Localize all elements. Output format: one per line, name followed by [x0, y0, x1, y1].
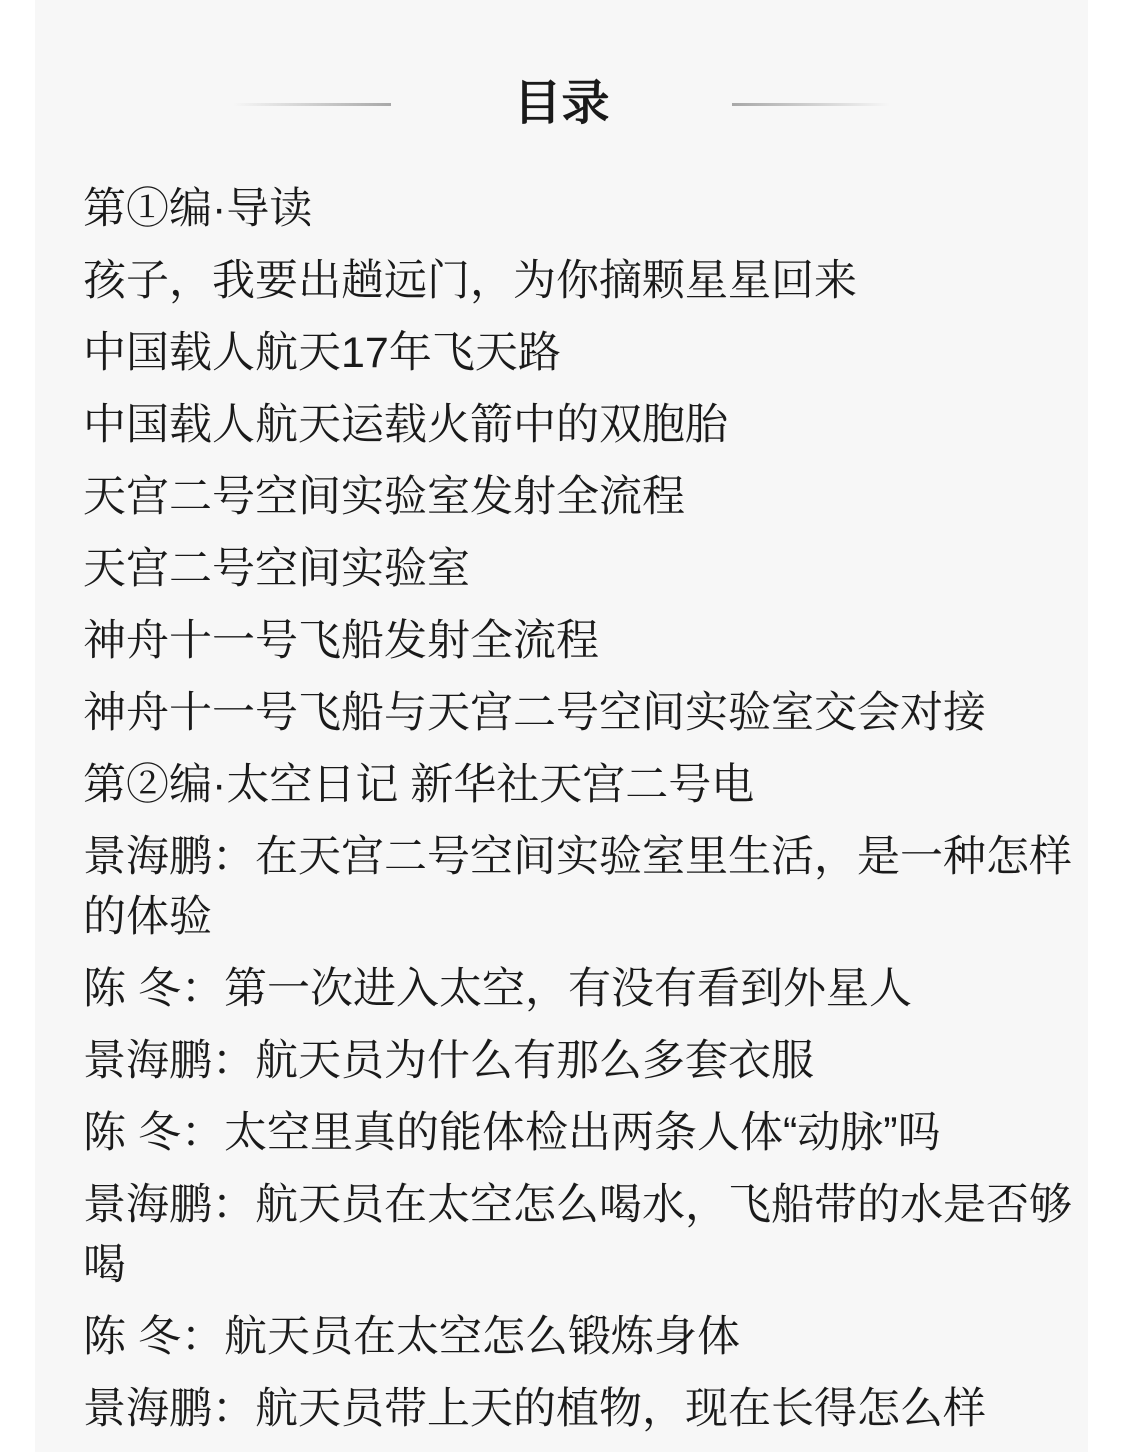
toc-entry[interactable]: 神舟十一号飞船发射全流程 [83, 611, 1088, 671]
toc-entry[interactable]: 孩子，我要出趟远门，为你摘颗星星回来 [83, 251, 1088, 311]
toc-entry[interactable]: 景海鹏：航天员为什么有那么多套衣服 [83, 1031, 1088, 1091]
toc-entry[interactable]: 第②编·太空日记 新华社天宫二号电 [83, 755, 1088, 815]
toc-entry[interactable]: 中国载人航天运载火箭中的双胞胎 [83, 395, 1088, 455]
title-rule-left-decoration [233, 103, 391, 106]
toc-list: 第①编·导读 孩子，我要出趟远门，为你摘颗星星回来 中国载人航天17年飞天路 中… [35, 179, 1088, 1439]
toc-entry[interactable]: 陈 冬：太空里真的能体检出两条人体“动脉”吗 [83, 1103, 1088, 1163]
reading-page[interactable]: 目录 第①编·导读 孩子，我要出趟远门，为你摘颗星星回来 中国载人航天17年飞天… [35, 0, 1088, 1452]
toc-entry[interactable]: 景海鹏：航天员带上天的植物，现在长得怎么样 [83, 1379, 1088, 1439]
toc-entry[interactable]: 景海鹏：航天员在太空怎么喝水，飞船带的水是否够喝 [83, 1175, 1088, 1295]
toc-entry[interactable]: 天宫二号空间实验室发射全流程 [83, 467, 1088, 527]
toc-entry[interactable]: 陈 冬：航天员在太空怎么锻炼身体 [83, 1307, 1088, 1367]
toc-entry[interactable]: 陈 冬：第一次进入太空，有没有看到外星人 [83, 959, 1088, 1019]
title-rule-right-decoration [732, 103, 890, 106]
toc-entry[interactable]: 天宫二号空间实验室 [83, 539, 1088, 599]
toc-header: 目录 [35, 76, 1088, 132]
toc-entry[interactable]: 中国载人航天17年飞天路 [83, 323, 1088, 383]
toc-entry[interactable]: 神舟十一号飞船与天宫二号空间实验室交会对接 [83, 683, 1088, 743]
page-title: 目录 [513, 76, 609, 132]
toc-entry[interactable]: 第①编·导读 [83, 179, 1088, 239]
screenshot-root: { "toc": { "title": "目录", "entries": [ "… [0, 0, 1125, 1452]
toc-entry[interactable]: 景海鹏：在天宫二号空间实验室里生活，是一种怎样的体验 [83, 827, 1088, 947]
